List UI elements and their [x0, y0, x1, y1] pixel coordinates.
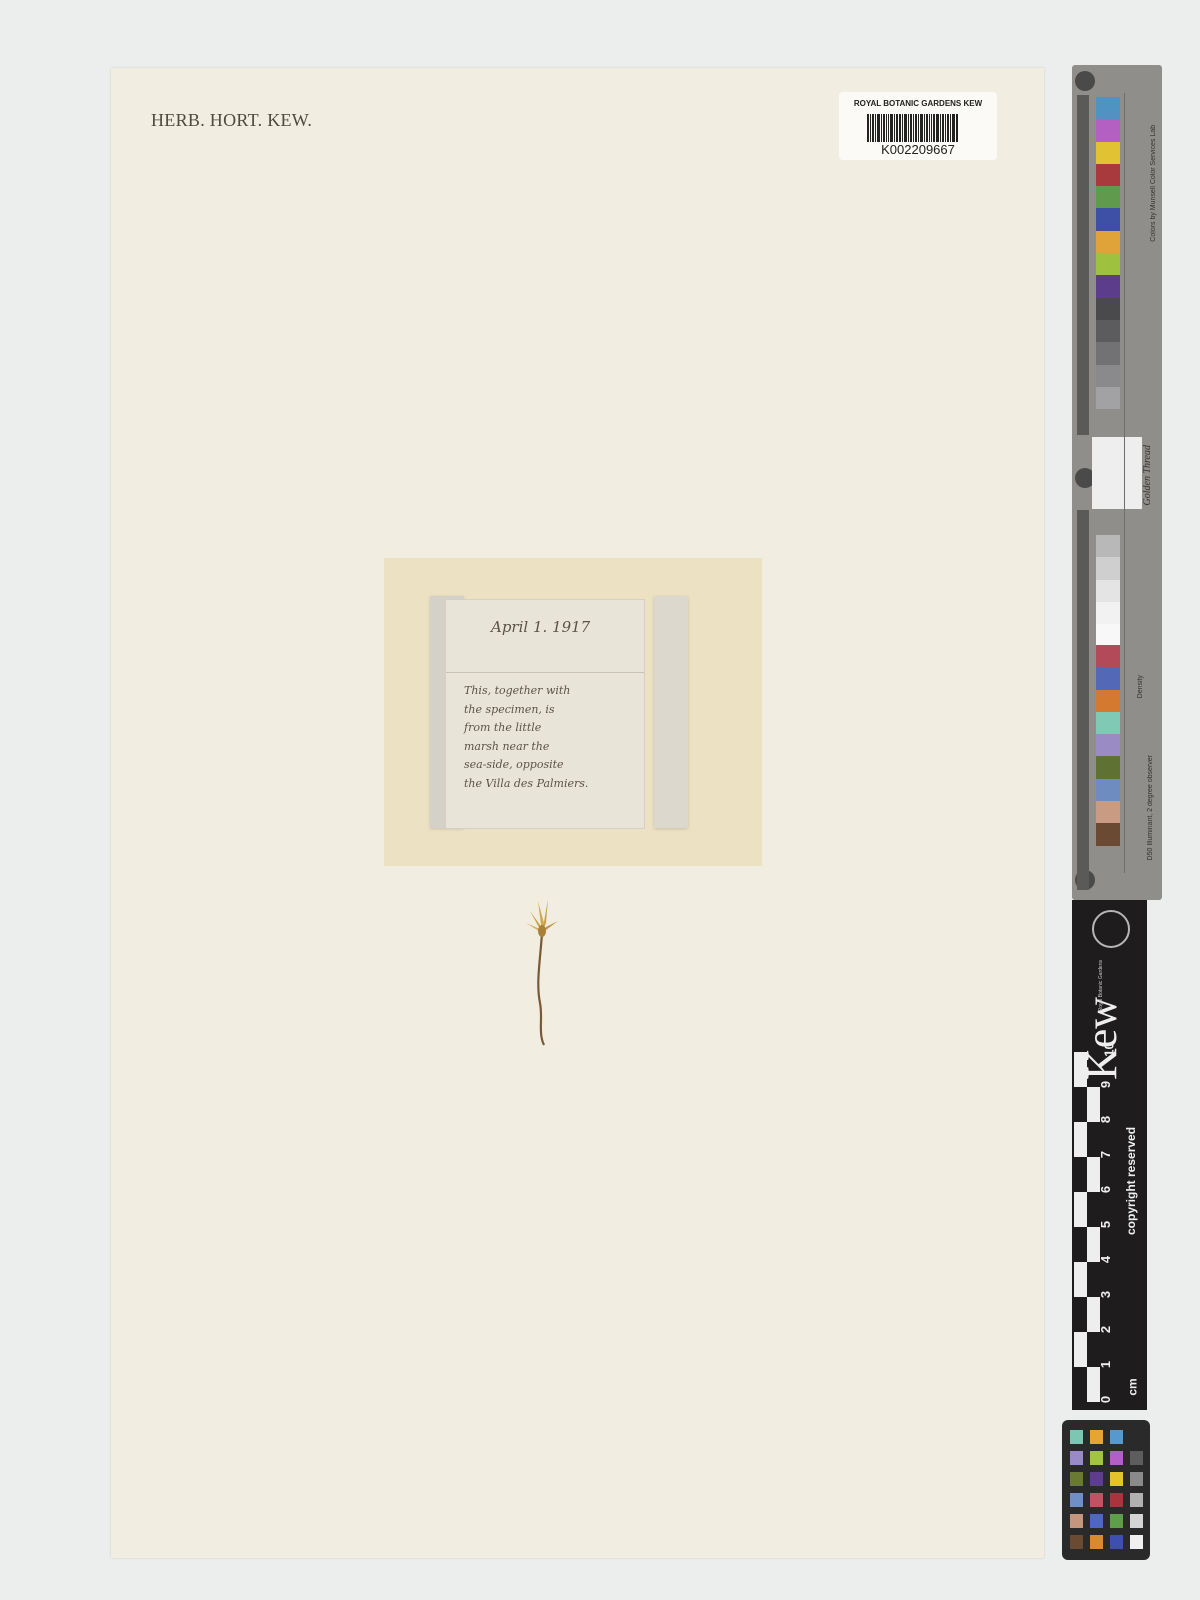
barcode-organization: ROYAL BOTANIC GARDENS KEW: [839, 99, 997, 108]
cm-scale-blocks: [1074, 1052, 1100, 1400]
color-checker-card: [1062, 1420, 1150, 1560]
cm-tick-labels: 0 1 2 3 4 5 6 7 8 9 10: [1102, 1050, 1118, 1400]
bottom-color-chips: [1096, 645, 1120, 846]
kew-subtitle: Royal Botanic Gardens: [1098, 960, 1104, 1011]
grey-chips: [1096, 535, 1120, 646]
ruler-hole-top: [1075, 71, 1095, 91]
color-calibration-ruler: Colors by Munsell Color Services Lab Gol…: [1072, 65, 1162, 900]
packet-date: April 1. 1917: [491, 618, 590, 636]
cm-unit-label: cm: [1126, 1378, 1140, 1395]
top-color-chips: [1096, 97, 1120, 409]
packet-note: This, together with the specimen, is fro…: [464, 682, 639, 793]
specimen-id: K002209667: [839, 142, 997, 157]
kew-scale-bar: Kew Royal Botanic Gardens copyright rese…: [1072, 900, 1147, 1410]
color-checker-grid: [1070, 1430, 1143, 1549]
packet-fold-right: [654, 596, 688, 828]
density-label: Density: [1137, 675, 1144, 698]
pressed-flower-specimen: [516, 893, 566, 1113]
ruler-mm-scale-lower: [1077, 510, 1089, 890]
barcode-label: ROYAL BOTANIC GARDENS KEW K002209667: [839, 92, 997, 160]
specimen-packet: April 1. 1917 This, together with the sp…: [445, 599, 645, 829]
specimen-packet-mount: April 1. 1917 This, together with the sp…: [384, 558, 762, 866]
herbarium-label: HERB. HORT. KEW.: [151, 110, 312, 131]
herbarium-sheet: HERB. HORT. KEW. ROYAL BOTANIC GARDENS K…: [111, 68, 1044, 1558]
barcode-icon: [867, 114, 969, 142]
golden-thread-brand: Golden Thread: [1142, 445, 1153, 505]
packet-flap-line: [446, 672, 644, 673]
munsell-credit: Colors by Munsell Color Services Lab: [1150, 125, 1157, 242]
kew-crest-icon: [1092, 910, 1130, 948]
illuminant-text: D50 Illuminant, 2 degree observer: [1147, 755, 1154, 860]
ruler-mm-scale: [1077, 95, 1089, 435]
copyright-text: copyright reserved: [1124, 1065, 1138, 1235]
